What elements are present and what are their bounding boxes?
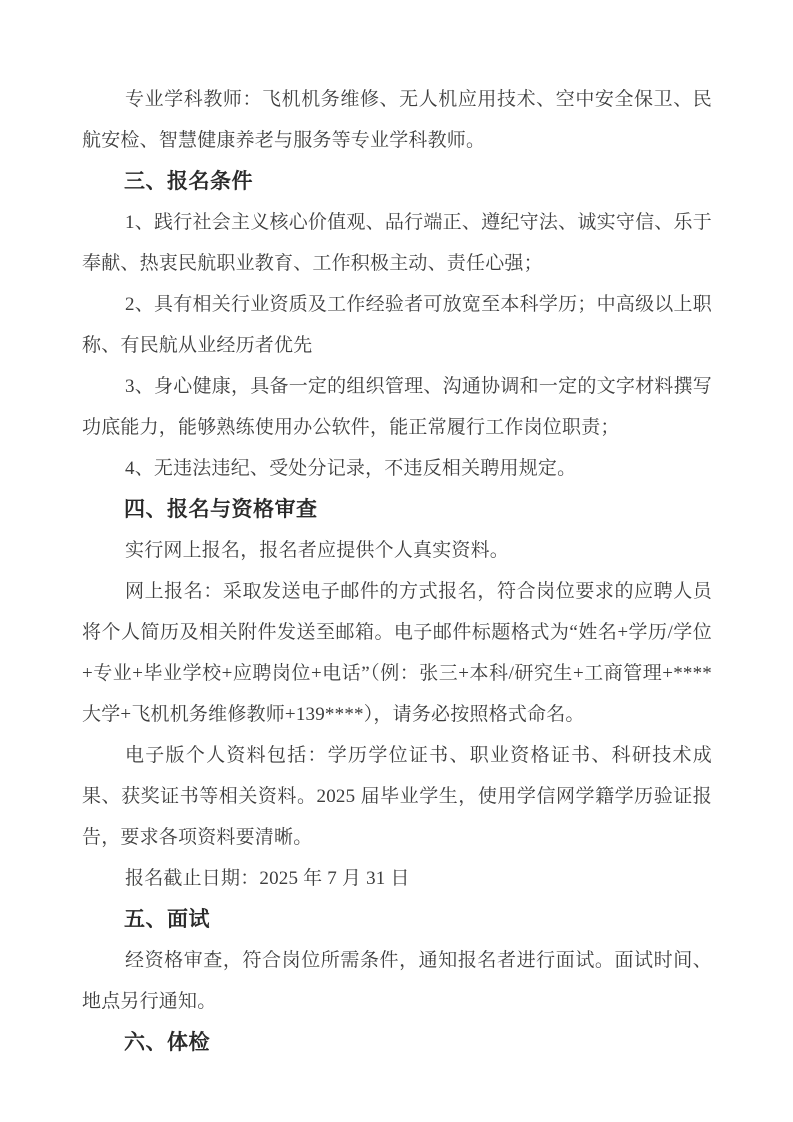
paragraph: 4、无违法违纪、受处分记录，不违反相关聘用规定。 — [82, 448, 712, 489]
section-heading: 三、报名条件 — [82, 161, 712, 202]
paragraph: 2、具有相关行业资质及工作经验者可放宽至本科学历；中高级以上职称、有民航从业经历… — [82, 284, 712, 366]
paragraph: 电子版个人资料包括：学历学位证书、职业资格证书、科研技术成果、获奖证书等相关资料… — [82, 735, 712, 858]
paragraph: 经资格审查，符合岗位所需条件，通知报名者进行面试。面试时间、地点另行通知。 — [82, 940, 712, 1022]
section-heading: 五、面试 — [82, 899, 712, 940]
paragraph: 实行网上报名，报名者应提供个人真实资料。 — [82, 530, 712, 571]
section-heading: 六、体检 — [82, 1022, 712, 1063]
paragraph: 网上报名：采取发送电子邮件的方式报名，符合岗位要求的应聘人员将个人简历及相关附件… — [82, 571, 712, 735]
paragraph: 1、践行社会主义核心价值观、品行端正、遵纪守法、诚实守信、乐于奉献、热衷民航职业… — [82, 202, 712, 284]
paragraph: 3、身心健康，具备一定的组织管理、沟通协调和一定的文字材料撰写功底能力，能够熟练… — [82, 366, 712, 448]
section-heading: 四、报名与资格审查 — [82, 489, 712, 530]
paragraph: 报名截止日期：2025 年 7 月 31 日 — [82, 858, 712, 899]
document-page: 专业学科教师：飞机机务维修、无人机应用技术、空中安全保卫、民航安检、智慧健康养老… — [0, 0, 793, 1122]
paragraph: 专业学科教师：飞机机务维修、无人机应用技术、空中安全保卫、民航安检、智慧健康养老… — [82, 79, 712, 161]
